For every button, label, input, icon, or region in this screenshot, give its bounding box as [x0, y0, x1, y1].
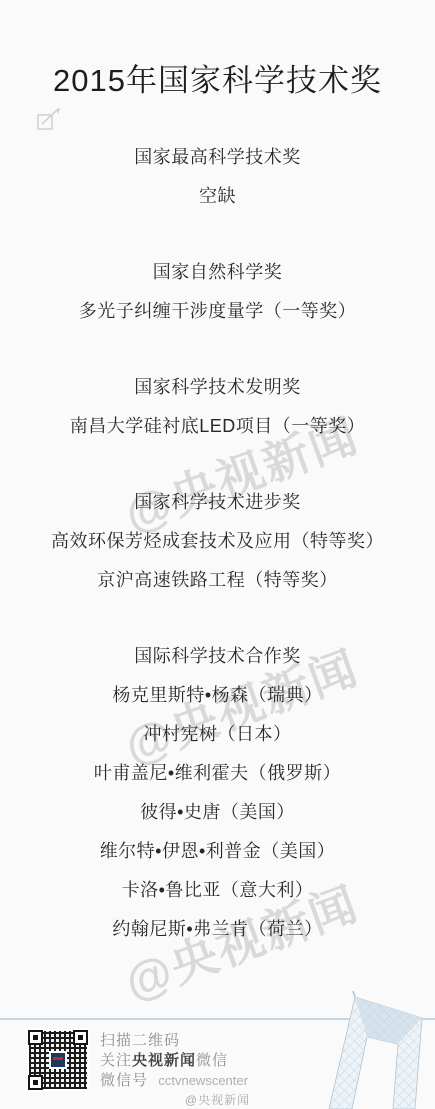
award-item: 京沪高速铁路工程（特等奖）: [0, 569, 435, 591]
qr-scan-hint: 扫描二维码: [100, 1031, 248, 1051]
award-item: 维尔特•伊恩•利普金（美国）: [0, 840, 435, 862]
follow-prefix: 关注: [100, 1052, 132, 1069]
award-section: 国家自然科学奖多光子纠缠干涉度量学（一等奖）: [0, 261, 435, 322]
award-section: 国家科学技术进步奖高效环保芳烃成套技术及应用（特等奖）京沪高速铁路工程（特等奖）: [0, 491, 435, 591]
award-item: 空缺: [0, 185, 435, 207]
award-item: 杨克里斯特•杨森（瑞典）: [0, 684, 435, 706]
page-title: 2015年国家科学技术奖: [0, 58, 435, 104]
qr-finder-icon: [73, 1030, 88, 1045]
award-category-heading: 国家科学技术发明奖: [0, 376, 435, 398]
award-section: 国家最高科学技术奖空缺: [0, 146, 435, 207]
infographic-card: @央视新闻 @央视新闻 @央视新闻 2015年国家科学技术奖 国家最高科学技术奖…: [0, 0, 435, 1109]
qr-code: [27, 1029, 89, 1091]
weibo-handle: @央视新闻: [0, 1091, 435, 1108]
award-category-heading: 国家自然科学奖: [0, 261, 435, 283]
award-item: 南昌大学硅衬底LED项目（一等奖）: [0, 415, 435, 437]
award-category-heading: 国家最高科学技术奖: [0, 146, 435, 168]
awards-list: 国家最高科学技术奖空缺国家自然科学奖多光子纠缠干涉度量学（一等奖）国家科学技术发…: [0, 146, 435, 940]
award-section: 国际科学技术合作奖杨克里斯特•杨森（瑞典）冲村宪树（日本）叶甫盖尼•维利霍夫（俄…: [0, 645, 435, 940]
award-item: 约翰尼斯•弗兰肯（荷兰）: [0, 918, 435, 940]
award-section: 国家科学技术发明奖南昌大学硅衬底LED项目（一等奖）: [0, 376, 435, 437]
award-item: 高效环保芳烃成套技术及应用（特等奖）: [0, 530, 435, 552]
brand-name: 央视新闻: [132, 1052, 196, 1069]
footer-text: 扫描二维码 关注央视新闻微信 微信号 cctvnewscenter: [100, 1031, 248, 1091]
follow-line: 关注央视新闻微信: [100, 1051, 248, 1071]
award-item: 彼得•史唐（美国）: [0, 801, 435, 823]
follow-suffix: 微信: [196, 1052, 228, 1069]
footer-divider: [0, 1018, 435, 1020]
edit-icon: [36, 108, 62, 137]
award-item: 叶甫盖尼•维利霍夫（俄罗斯）: [0, 762, 435, 784]
award-item: 卡洛•鲁比亚（意大利）: [0, 879, 435, 901]
qr-finder-icon: [28, 1030, 43, 1045]
cctv-news-logo: [49, 1051, 67, 1069]
award-item: 冲村宪树（日本）: [0, 723, 435, 745]
award-item: 多光子纠缠干涉度量学（一等奖）: [0, 300, 435, 322]
wechat-id: cctvnewscenter: [158, 1073, 248, 1088]
qr-finder-icon: [28, 1075, 43, 1090]
wechat-line: 微信号 cctvnewscenter: [100, 1071, 248, 1091]
award-category-heading: 国家科学技术进步奖: [0, 491, 435, 513]
wechat-label: 微信号: [100, 1072, 148, 1089]
award-category-heading: 国际科学技术合作奖: [0, 645, 435, 667]
